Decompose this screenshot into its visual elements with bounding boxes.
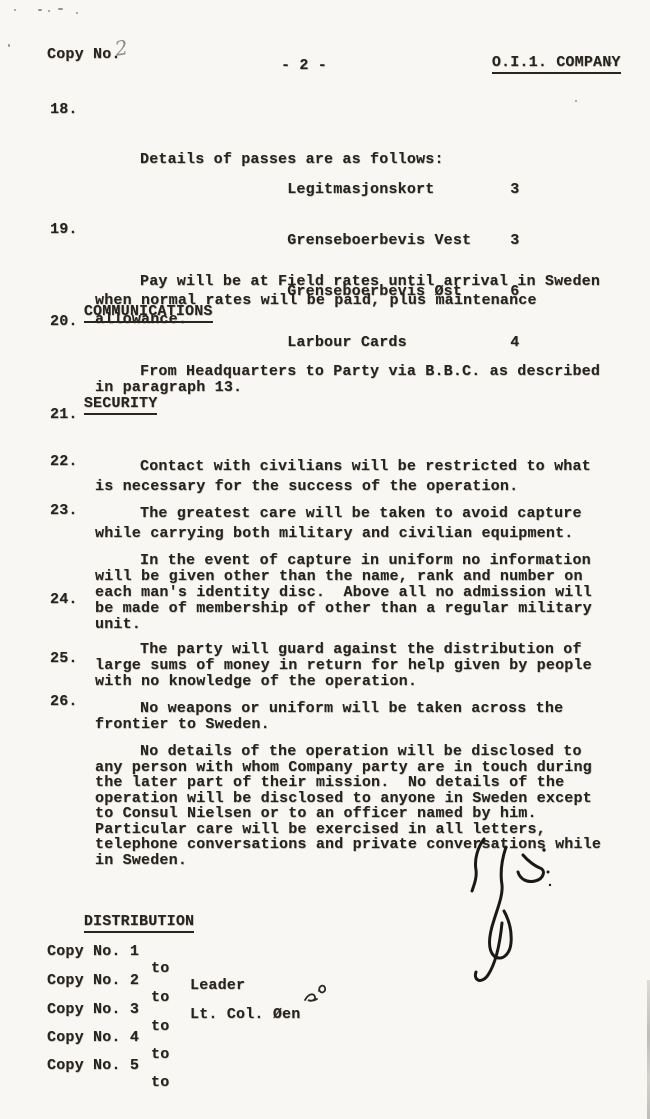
pass-row: Legitmasjonskort3	[232, 164, 519, 181]
copy-label: Copy No. 5	[47, 1057, 139, 1074]
company-header: O.I.1. COMPANY	[455, 37, 621, 91]
distribution-row: Copy No. 5 to	[0, 1040, 650, 1060]
paragraph-number: 18.	[50, 101, 78, 118]
to-label: to	[151, 1074, 169, 1091]
company-header-text: O.I.1. COMPANY	[492, 54, 621, 74]
paragraph-number: 22.	[50, 453, 78, 470]
paragraph-number: 25.	[50, 650, 78, 667]
scan-speck	[38, 9, 42, 11]
distribution-row: Copy No. 2 to Lt. Col. Øen	[0, 955, 650, 975]
scan-speck	[58, 8, 63, 10]
pass-qty: 3	[510, 181, 519, 198]
copy-number-label: Copy No.	[47, 46, 121, 63]
pass-name: Legitmasjonskort	[287, 181, 510, 198]
distribution-row: Copy No. 4 to	[0, 1012, 650, 1032]
handwritten-copy-number: 2	[113, 35, 129, 61]
distribution-row: Copy No. 3 to	[0, 984, 650, 1004]
paragraph-number: 20.	[50, 313, 78, 330]
page-number: - 2 -	[281, 57, 327, 74]
scan-speck	[8, 44, 10, 47]
paragraph-number: 19.	[50, 221, 78, 238]
scan-speck	[76, 12, 78, 14]
paragraph-number: 24.	[50, 591, 78, 608]
scan-speck	[48, 10, 50, 12]
paragraph-number: 21.	[50, 406, 78, 423]
paragraph-text: From Headquarters to Party via B.B.C. as…	[95, 364, 623, 396]
paragraph-number: 26.	[50, 693, 78, 710]
distribution-row: Copy No. 1 to Leader	[0, 926, 650, 946]
paragraph-number: 23.	[50, 502, 78, 519]
scan-speck	[14, 9, 16, 11]
document-page: Copy No. 2 O.I.1. COMPANY - 2 - 18. Deta…	[0, 0, 650, 1119]
